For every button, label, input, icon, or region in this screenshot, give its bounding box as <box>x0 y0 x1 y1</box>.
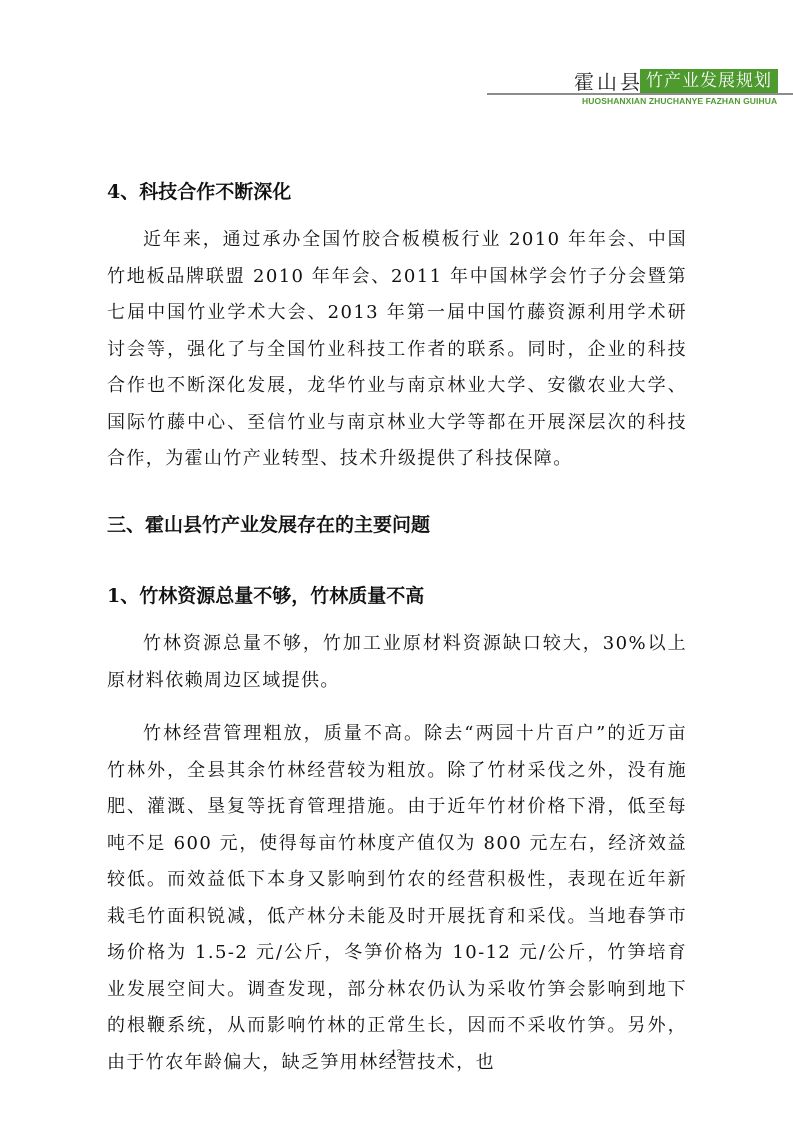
header-county: 霍山县 <box>574 66 643 95</box>
paragraph-management: 竹林经营管理粗放，质量不高。除去“两园十片百户”的近万亩竹林外，全县其余竹林经营… <box>107 716 687 1081</box>
chapter-heading-3: 三、霍山县竹产业发展存在的主要问题 <box>107 510 430 537</box>
header-pinyin: HUOSHANXIAN ZHUCHANYE FAZHAN GUIHUA <box>582 96 777 106</box>
page-number: 13 <box>0 1046 793 1061</box>
paragraph-resource-shortage: 竹林资源总量不够，竹加工业原材料资源缺口较大，30%以上原材料依赖周边区域提供。 <box>107 626 687 699</box>
paragraph-tech-cooperation: 近年来，通过承办全国竹胶合板模板行业 2010 年年会、中国竹地板品牌联盟 20… <box>107 222 687 478</box>
page-header: 霍山县 竹产业发展规划 HUOSHANXIAN ZHUCHANYE FAZHAN… <box>0 0 793 110</box>
header-rule <box>487 93 793 95</box>
section-heading-1: 1、竹林资源总量不够，竹林质量不高 <box>107 581 424 608</box>
header-title-badge: 竹产业发展规划 <box>640 69 778 93</box>
section-heading-4: 4、科技合作不断深化 <box>107 177 291 204</box>
